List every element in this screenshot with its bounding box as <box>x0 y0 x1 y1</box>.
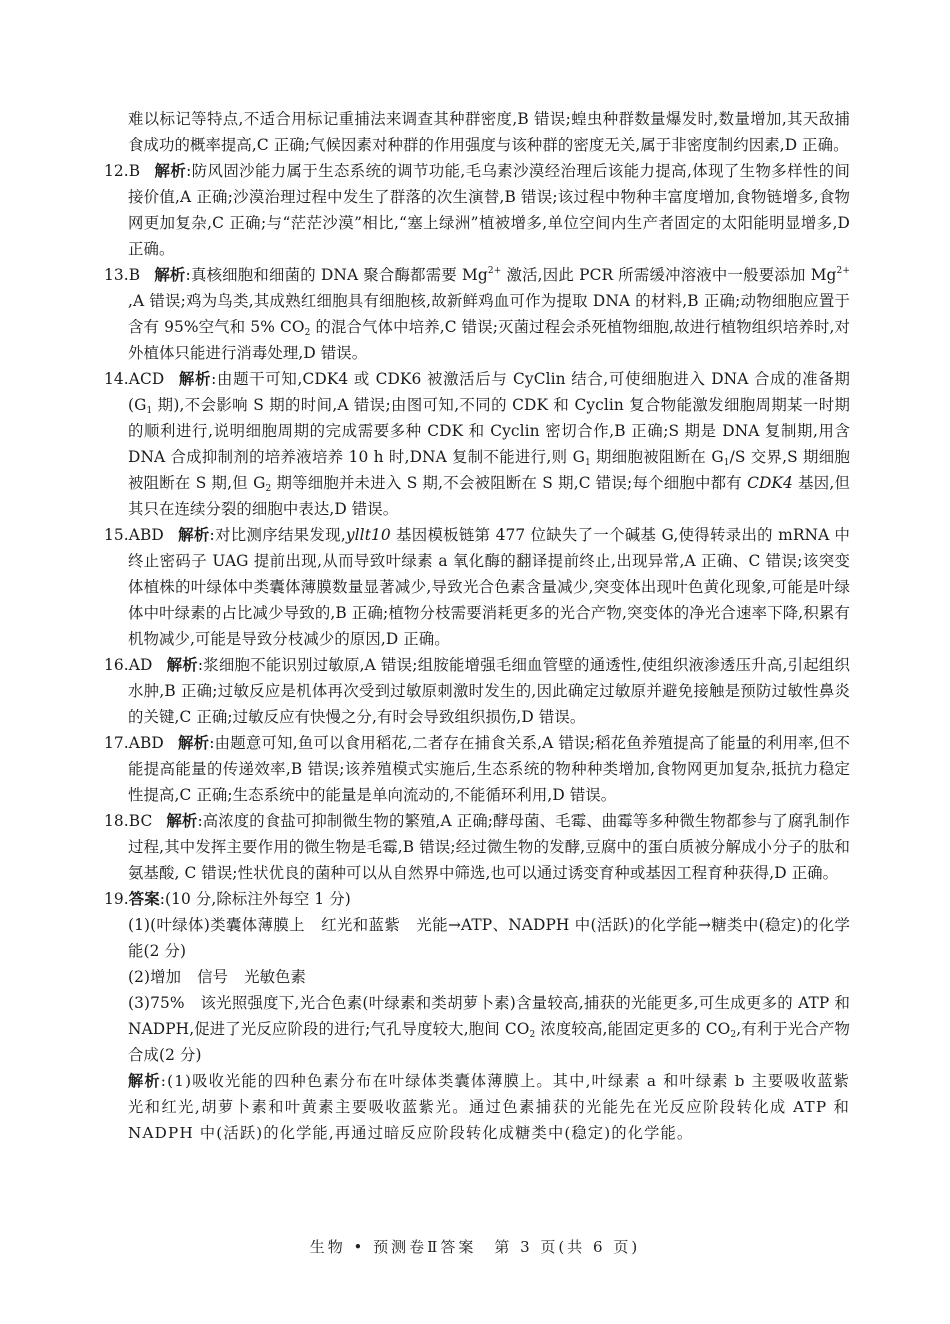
superscript: 2+ <box>488 266 501 276</box>
analysis-text: 期等细胞并未进入 S 期,不会被阻断在 S 期,C 错误;每个细胞中都有 <box>271 474 747 492</box>
item-number: 17. <box>104 734 129 752</box>
answer-item-15: 15.ABD解析:对比测序结果发现,yllt10 基因模板链第 477 位缺失了… <box>104 522 850 652</box>
analysis-label: 解析 <box>178 734 209 752</box>
analysis-label: 解析 <box>178 526 210 544</box>
scoring-note: :(10 分,除标注外每空 1 分) <box>160 890 351 908</box>
continuation-paragraph: 难以标记等特点,不适合用标记重捕法来调查其种群密度,B 错误;蝗虫种群数量爆发时… <box>104 106 850 158</box>
answer-item-13: 13.B解析:真核细胞和细菌的 DNA 聚合酶都需要 Mg2+ 激活,因此 PC… <box>104 262 850 366</box>
answer-item-12: 12.B解析:防风固沙能力属于生态系统的调节功能,毛乌素沙漠经治理后该能力提高,… <box>104 158 850 262</box>
analysis-label: 解析 <box>128 1072 161 1090</box>
analysis-text: :(1)吸收光能的四种色素分布在叶绿体类囊体薄膜上。其中,叶绿素 a 和叶绿素 … <box>128 1072 850 1142</box>
analysis-label: 解析 <box>166 656 197 674</box>
item-number: 19. <box>104 890 129 908</box>
item-number: 14. <box>104 370 129 388</box>
answer-item-16: 16.AD解析:浆细胞不能识别过敏原,A 错误;组胺能增强毛细血管壁的通透性,使… <box>104 652 850 730</box>
answer-label: 答案 <box>129 890 160 908</box>
item-answer: ABD <box>129 734 164 752</box>
answer-text: 浓度较高,能固定更多的 CO <box>535 1020 730 1038</box>
analysis-text: :防风固沙能力属于生态系统的调节功能,毛乌素沙漠经治理后该能力提高,体现了生物多… <box>128 162 850 258</box>
analysis-label: 解析 <box>178 370 211 388</box>
answer-item-19-header: 19.答案:(10 分,除标注外每空 1 分) <box>104 886 850 912</box>
item-answer: ABD <box>129 526 164 544</box>
analysis-label: 解析 <box>154 162 186 180</box>
item-number: 15. <box>104 526 129 544</box>
answer-page: 难以标记等特点,不适合用标记重捕法来调查其种群密度,B 错误;蝗虫种群数量爆发时… <box>0 0 950 1324</box>
item-number: 12. <box>104 162 129 180</box>
analysis-text: :真核细胞和细菌的 DNA 聚合酶都需要 Mg <box>186 266 488 284</box>
answer-blank: (1)(叶绿体)类囊体薄膜上 <box>128 916 305 934</box>
analysis-label: 解析 <box>154 266 185 284</box>
gene-name: yllt10 <box>346 526 391 544</box>
item-answer: B <box>129 266 140 284</box>
analysis-text: :浆细胞不能识别过敏原,A 错误;组胺能增强毛细血管壁的通透性,使组织液渗透压升… <box>128 656 850 726</box>
analysis-text: :对比测序结果发现, <box>210 526 346 544</box>
gene-name: CDK4 <box>747 474 793 492</box>
item-answer: ACD <box>129 370 165 388</box>
answer-blank: (2)增加 <box>128 968 181 986</box>
answer-blank: 光敏色素 <box>244 968 306 986</box>
answer-item-14: 14.ACD解析:由题干可知,CDK4 或 CDK6 被激活后与 CyClin … <box>104 366 850 522</box>
answer-item-17: 17.ABD解析:由题意可知,鱼可以食用稻花,二者存在捕食关系,A 错误;稻花鱼… <box>104 730 850 808</box>
answer-blank: 信号 <box>197 968 228 986</box>
continuation-text: 难以标记等特点,不适合用标记重捕法来调查其种群密度,B 错误;蝗虫种群数量爆发时… <box>128 110 850 154</box>
analysis-text: 激活,因此 PCR 所需缓冲溶液中一般要添加 Mg <box>501 266 836 284</box>
answer-blank: 红光和蓝紫 <box>321 916 400 934</box>
q19-analysis: 解析:(1)吸收光能的四种色素分布在叶绿体类囊体薄膜上。其中,叶绿素 a 和叶绿… <box>104 1068 850 1146</box>
analysis-label: 解析 <box>166 812 197 830</box>
q19-answer-2: (2)增加信号光敏色素 <box>104 964 850 990</box>
item-answer: BC <box>129 812 153 830</box>
analysis-text: 期细胞被阻断在 G <box>591 448 724 466</box>
item-number: 16. <box>104 656 129 674</box>
item-number: 18. <box>104 812 129 830</box>
item-answer: B <box>129 162 140 180</box>
item-number: 13. <box>104 266 129 284</box>
analysis-text: :由题意可知,鱼可以食用稻花,二者存在捕食关系,A 错误;稻花鱼养殖提高了能量的… <box>128 734 850 804</box>
superscript: 2+ <box>837 266 850 276</box>
item-answer: AD <box>129 656 153 674</box>
q19-answer-1: (1)(叶绿体)类囊体薄膜上红光和蓝紫光能→ATP、NADPH 中(活跃)的化学… <box>104 912 850 964</box>
analysis-text: 基因模板链第 477 位缺失了一个碱基 G,使得转录出的 mRNA 中终止密码子… <box>128 526 850 648</box>
q19-answer-3: (3)75% 该光照强度下,光合色素(叶绿素和类胡萝卜素)含量较高,捕获的光能更… <box>104 990 850 1068</box>
analysis-text: :高浓度的食盐可抑制微生物的繁殖,A 正确;酵母菌、毛霉、曲霉等多种微生物都参与… <box>128 812 850 882</box>
page-footer: 生物 • 预测卷Ⅱ答案 第 3 页(共 6 页) <box>0 1236 950 1257</box>
answer-item-18: 18.BC解析:高浓度的食盐可抑制微生物的繁殖,A 正确;酵母菌、毛霉、曲霉等多… <box>104 808 850 886</box>
page-content: 难以标记等特点,不适合用标记重捕法来调查其种群密度,B 错误;蝗虫种群数量爆发时… <box>104 106 850 1146</box>
